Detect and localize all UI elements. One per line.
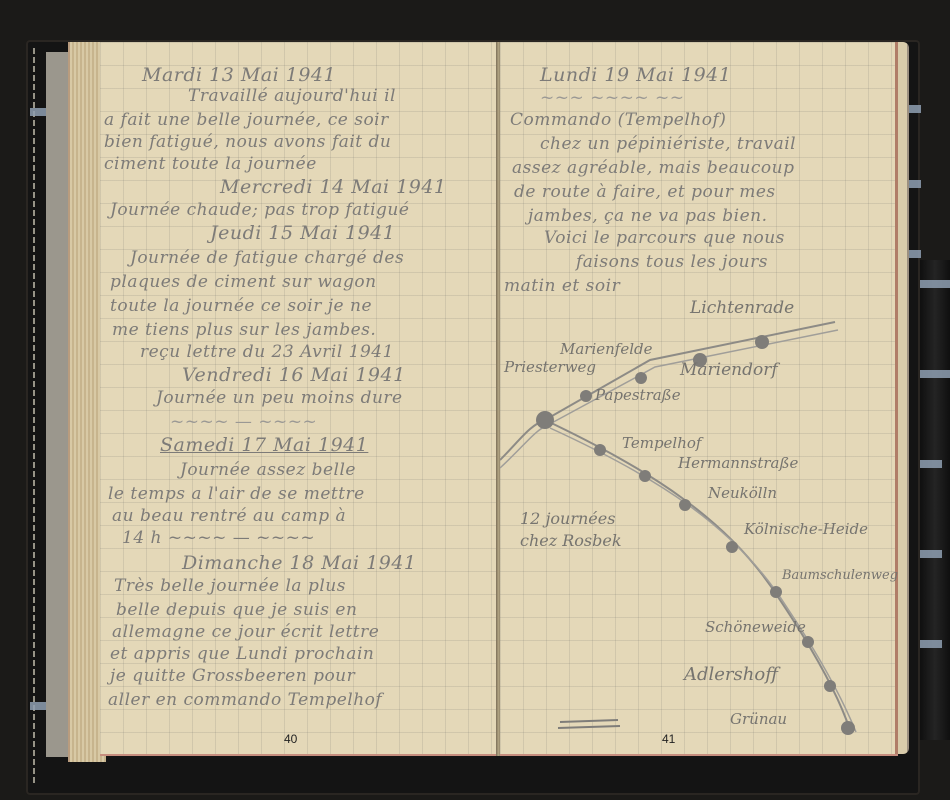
- entry-rule: ~~~ ~~~~ ~~: [540, 88, 685, 108]
- entry-line: Voici le parcours que nous: [544, 228, 785, 248]
- entry-line: Commando (Tempelhof): [510, 110, 726, 130]
- station-label: Neukölln: [708, 484, 777, 502]
- entry-date: Samedi 17 Mai 1941: [160, 434, 368, 456]
- entry-rule: ~~~~ — ~~~~: [170, 412, 317, 432]
- entry-line: me tiens plus sur les jambes.: [112, 320, 376, 340]
- left-page: Mardi 13 Mai 1941 Travaillé aujourd'hui …: [100, 42, 498, 756]
- entry-date: Jeudi 15 Mai 1941: [210, 222, 395, 244]
- entry-line: Très belle journée la plus: [114, 576, 346, 596]
- entry-line: chez un pépiniériste, travail: [540, 134, 796, 154]
- entry-line: 14 h ~~~~ — ~~~~: [122, 528, 315, 548]
- entry-date: Mercredi 14 Mai 1941: [220, 176, 447, 198]
- station-label: Priesterweg: [504, 358, 596, 376]
- entry-line: Journée assez belle: [180, 460, 356, 480]
- station-label: Grünau: [730, 710, 787, 728]
- entry-line: belle depuis que je suis en: [116, 600, 357, 620]
- station-label: Lichtenrade: [690, 298, 794, 318]
- entry-line: plaques de ciment sur wagon: [110, 272, 377, 292]
- station-label: Baumschulenweg: [782, 568, 898, 583]
- entry-line: et appris que Lundi prochain: [110, 644, 374, 664]
- route-map: Lichtenrade Marienfelde Mariendorf Pries…: [500, 300, 900, 760]
- entry-line: le temps a l'air de se mettre: [108, 484, 365, 504]
- entry-line: ciment toute la journée: [104, 154, 317, 174]
- cover-stitching: [33, 48, 35, 783]
- elastic-strap: [920, 260, 950, 740]
- entry-line: assez agréable, mais beaucoup: [512, 158, 794, 178]
- entry-line: jambes, ça ne va pas bien.: [528, 206, 768, 226]
- entry-line: reçu lettre du 23 Avril 1941: [140, 342, 394, 362]
- entry-line: Travaillé aujourd'hui il: [188, 86, 396, 106]
- entry-line: au beau rentré au camp à: [112, 506, 346, 526]
- station-label: Hermannstraße: [678, 454, 798, 472]
- page-number: 40: [284, 732, 297, 746]
- entry-date: Mardi 13 Mai 1941: [142, 64, 336, 86]
- entry-date: Vendredi 16 Mai 1941: [182, 364, 406, 386]
- entry-line: Journée chaude; pas trop fatigué: [110, 200, 409, 220]
- entry-date: Dimanche 18 Mai 1941: [182, 552, 417, 574]
- entry-line: matin et soir: [504, 276, 620, 296]
- entry-line: Journée un peu moins dure: [156, 388, 403, 408]
- entry-line: Journée de fatigue chargé des: [130, 248, 404, 268]
- entry-line: faisons tous les jours: [576, 252, 768, 272]
- station-label: Adlershoff: [684, 664, 778, 685]
- station-label: Mariendorf: [680, 360, 778, 380]
- entry-line: je quitte Grossbeeren pour: [110, 666, 355, 686]
- entry-line: bien fatigué, nous avons fait du: [104, 132, 391, 152]
- entry-date: Lundi 19 Mai 1941: [540, 64, 731, 86]
- station-label: Kölnische-Heide: [744, 520, 868, 538]
- entry-line: a fait une belle journée, ce soir: [104, 110, 389, 130]
- station-label: Marienfelde: [560, 340, 653, 358]
- station-label: Schöneweide: [705, 618, 806, 636]
- entry-line: allemagne ce jour écrit lettre: [112, 622, 379, 642]
- entry-line: toute la journée ce soir je ne: [110, 296, 372, 316]
- station-label: Papestraße: [595, 386, 681, 404]
- map-note: 12 journées chez Rosbek: [520, 508, 630, 552]
- station-label: Tempelhof: [622, 434, 701, 452]
- entry-line: aller en commando Tempelhof: [108, 690, 382, 710]
- entry-line: de route à faire, et pour mes: [514, 182, 776, 202]
